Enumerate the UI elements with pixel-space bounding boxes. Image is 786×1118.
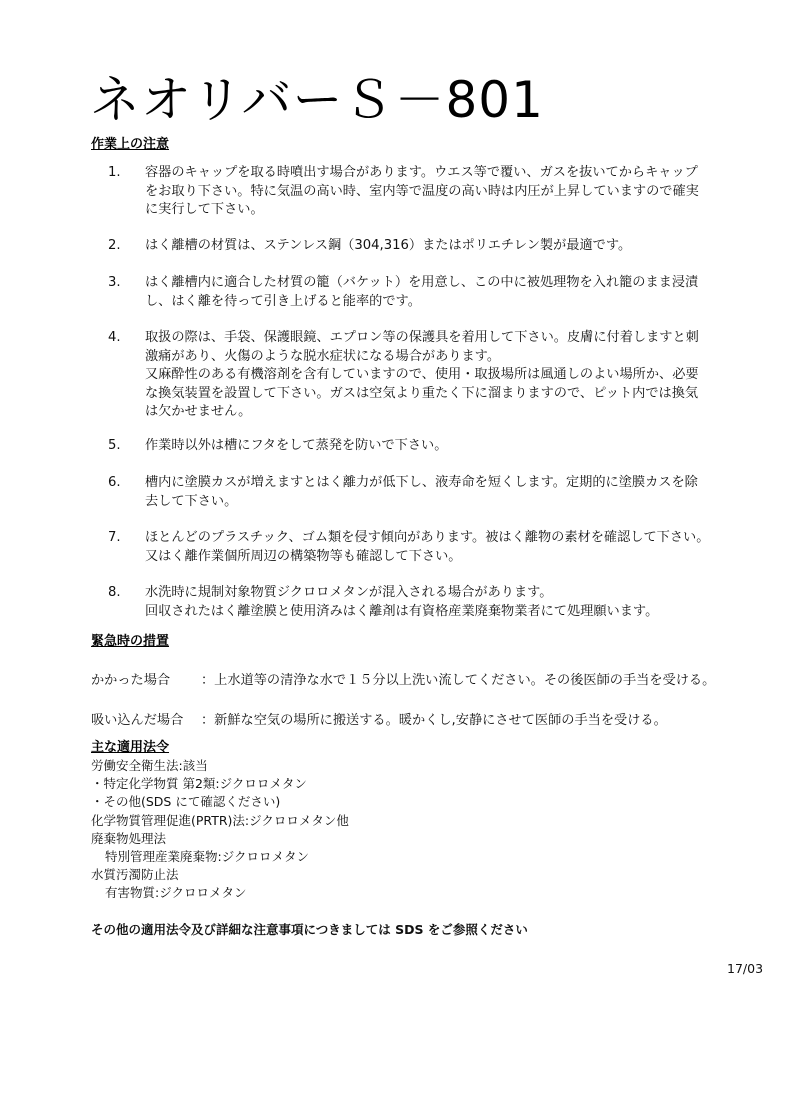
- law-row: 廃棄物処理法: [91, 830, 349, 848]
- list-item-body: 容器のキャップを取る時噴出す場合があります。ウエス等で覆い、ガスを抜いてからキャ…: [145, 164, 748, 220]
- document-title: ネオリバーＳ－801: [90, 70, 544, 130]
- law-row: 有害物質:ジクロロメタン: [91, 884, 349, 902]
- list-item-number: 1.: [108, 164, 138, 183]
- list-item-number: 7.: [108, 529, 138, 548]
- work-precautions-heading: 作業上の注意: [91, 137, 169, 153]
- list-item-line: し、はく離を待って引き上げると能率的です。: [145, 293, 748, 312]
- list-item-number: 4.: [108, 329, 138, 348]
- list-item: 2.はく離槽の材質は、ステンレス鋼（304,316）またはポリエチレン製が最適で…: [108, 237, 748, 256]
- law-row: ・その他(SDS にて確認ください): [91, 793, 349, 811]
- list-item-line: はく離槽の材質は、ステンレス鋼（304,316）またはポリエチレン製が最適です。: [145, 237, 748, 256]
- list-item: 8.水洗時に規制対象物質ジクロロメタンが混入される場合があります。回収されたはく…: [108, 584, 748, 621]
- list-item: 5.作業時以外は槽にフタをして蒸発を防いで下さい。: [108, 437, 748, 456]
- list-item-body: 作業時以外は槽にフタをして蒸発を防いで下さい。: [145, 437, 748, 456]
- emergency-label: 吸い込んだ場合: [91, 712, 201, 730]
- list-item: 7.ほとんどのプラスチック、ゴム類を侵す傾向があります。被はく離物の素材を確認し…: [108, 529, 748, 566]
- list-item-line: 回収されたはく離塗膜と使用済みはく離剤は有資格産業廃棄物業者にて処理願います。: [145, 603, 748, 622]
- list-item-line: はく離槽内に適合した材質の籠（バケット）を用意し、この中に被処理物を入れ籠のまま…: [145, 274, 748, 293]
- list-item-body: 槽内に塗膜カスが増えますとはく離力が低下し、液寿命を短くします。定期的に塗膜カス…: [145, 474, 748, 511]
- list-item-body: はく離槽内に適合した材質の籠（バケット）を用意し、この中に被処理物を入れ籠のまま…: [145, 274, 748, 311]
- list-item-line: 槽内に塗膜カスが増えますとはく離力が低下し、液寿命を短くします。定期的に塗膜カス…: [145, 474, 748, 493]
- emergency-heading: 緊急時の措置: [91, 634, 169, 650]
- emergency-item-skin: かかった場合：上水道等の清浄な水で１５分以上洗い流してください。その後医師の手当…: [91, 672, 715, 690]
- law-row: ・特定化学物質 第2類:ジクロロメタン: [91, 775, 349, 793]
- emergency-text: ：上水道等の清浄な水で１５分以上洗い流してください。その後医師の手当を受ける。: [201, 673, 715, 688]
- page-code: 17/03: [727, 961, 763, 976]
- list-item-body: 水洗時に規制対象物質ジクロロメタンが混入される場合があります。回収されたはく離塗…: [145, 584, 748, 621]
- list-item-number: 8.: [108, 584, 138, 603]
- list-item-body: ほとんどのプラスチック、ゴム類を侵す傾向があります。被はく離物の素材を確認して下…: [145, 529, 748, 566]
- list-item-number: 6.: [108, 474, 138, 493]
- list-item-line: 水洗時に規制対象物質ジクロロメタンが混入される場合があります。: [145, 584, 748, 603]
- law-row: 化学物質管理促進(PRTR)法:ジクロロメタン他: [91, 812, 349, 830]
- list-item-line: な換気装置を設置して下さい。ガスは空気より重たく下に溜まりますので、ピット内では…: [145, 385, 748, 404]
- list-item-line: 又麻酔性のある有機溶剤を含有していますので、使用・取扱場所は風通しのよい場所か、…: [145, 366, 748, 385]
- list-item: 6.槽内に塗膜カスが増えますとはく離力が低下し、液寿命を短くします。定期的に塗膜…: [108, 474, 748, 511]
- list-item-line: 又はく離作業個所周辺の構築物等も確認して下さい。: [145, 548, 748, 567]
- list-item-body: 取扱の際は、手袋、保護眼鏡、エプロン等の保護具を着用して下さい。皮膚に付着します…: [145, 329, 748, 422]
- list-item-line: は欠かせません。: [145, 403, 748, 422]
- laws-list: 労働安全衛生法:該当 ・特定化学物質 第2類:ジクロロメタン ・その他(SDS …: [91, 757, 349, 903]
- list-item: 4.取扱の際は、手袋、保護眼鏡、エプロン等の保護具を着用して下さい。皮膚に付着し…: [108, 329, 748, 422]
- list-item-line: 去して下さい。: [145, 493, 748, 512]
- emergency-text: ：新鮮な空気の場所に搬送する。暖かくし,安静にさせて医師の手当を受ける。: [201, 713, 667, 728]
- list-item-line: に実行して下さい。: [145, 201, 748, 220]
- list-item-line: 容器のキャップを取る時噴出す場合があります。ウエス等で覆い、ガスを抜いてからキャ…: [145, 164, 748, 183]
- law-row: 水質汚濁防止法: [91, 866, 349, 884]
- emergency-label: かかった場合: [91, 672, 201, 690]
- list-item-line: 取扱の際は、手袋、保護眼鏡、エプロン等の保護具を着用して下さい。皮膚に付着します…: [145, 329, 748, 348]
- emergency-item-inhalation: 吸い込んだ場合：新鮮な空気の場所に搬送する。暖かくし,安静にさせて医師の手当を受…: [91, 712, 667, 730]
- law-row: 特別管理産業廃棄物:ジクロロメタン: [91, 848, 349, 866]
- list-item-number: 3.: [108, 274, 138, 293]
- list-item-body: はく離槽の材質は、ステンレス鋼（304,316）またはポリエチレン製が最適です。: [145, 237, 748, 256]
- list-item-number: 2.: [108, 237, 138, 256]
- law-row: 労働安全衛生法:該当: [91, 757, 349, 775]
- list-item-line: ほとんどのプラスチック、ゴム類を侵す傾向があります。被はく離物の素材を確認して下…: [145, 529, 748, 548]
- footer-note: その他の適用法令及び詳細な注意事項につきましては SDS をご参照ください: [91, 920, 528, 938]
- list-item-line: 激痛があり、火傷のような脱水症状になる場合があります。: [145, 348, 748, 367]
- list-item-line: をお取り下さい。特に気温の高い時、室内等で温度の高い時は内圧が上昇していますので…: [145, 183, 748, 202]
- list-item-number: 5.: [108, 437, 138, 456]
- laws-heading: 主な適用法令: [91, 740, 169, 756]
- list-item: 3.はく離槽内に適合した材質の籠（バケット）を用意し、この中に被処理物を入れ籠の…: [108, 274, 748, 311]
- list-item-line: 作業時以外は槽にフタをして蒸発を防いで下さい。: [145, 437, 748, 456]
- list-item: 1.容器のキャップを取る時噴出す場合があります。ウエス等で覆い、ガスを抜いてから…: [108, 164, 748, 220]
